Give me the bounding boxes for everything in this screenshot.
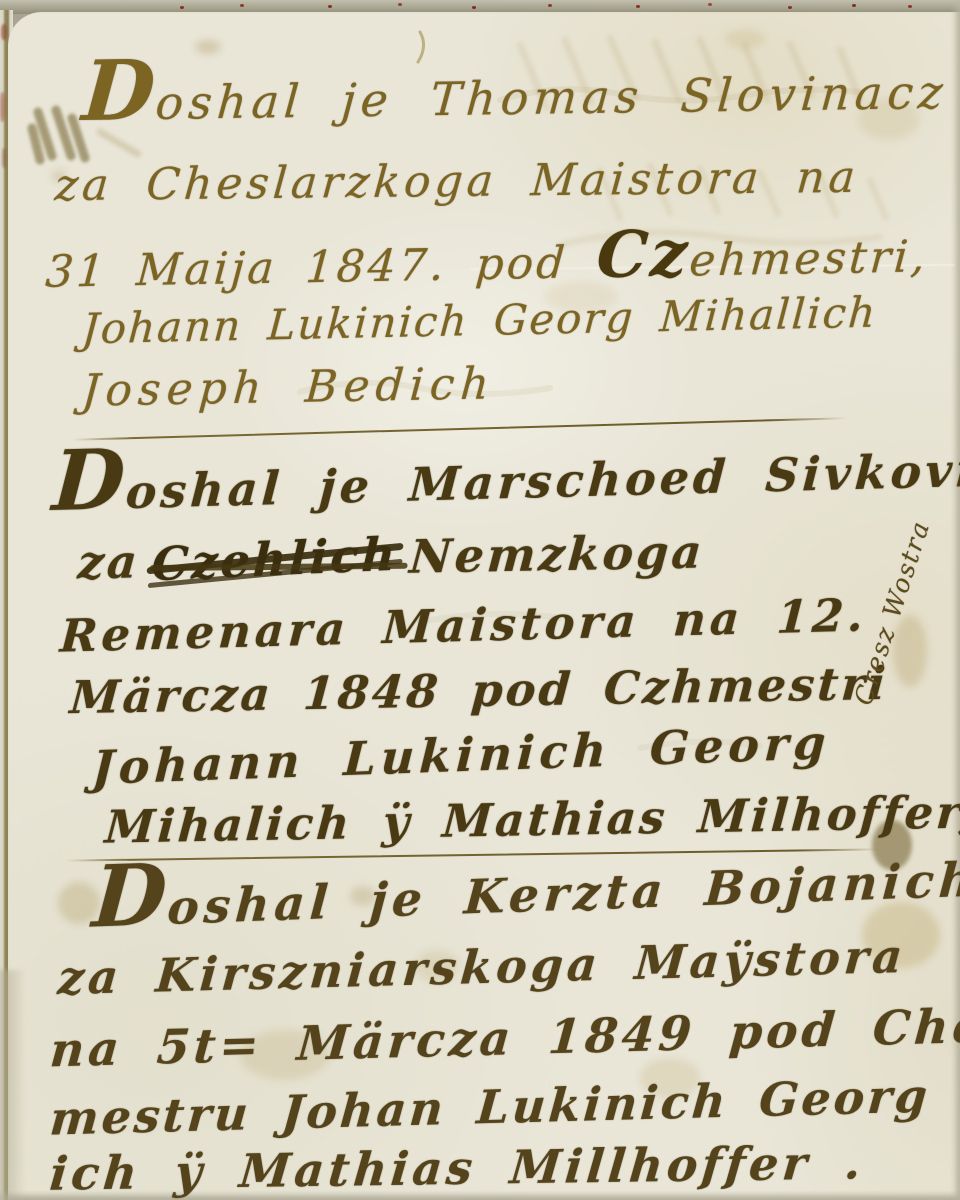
manuscript-line: Joseph Bedich [80,362,496,413]
manuscript-line: Märcza 1848 pod Czhmestri [68,661,889,720]
manuscript-line: Mihalich ÿ Mathias Milhoffer, [103,789,960,849]
crossed-out-word: Czehlich [151,531,399,588]
line-segment: za [76,534,142,589]
manuscript-line: zaCzehlichNemzkoga [76,529,706,586]
overwritten-cz: Cz [594,216,692,293]
manuscript-line: ich ÿ Mathias Millhoffer . [48,1139,867,1196]
manuscript-line: za Cheslarzkoga Maistora na [53,156,860,208]
manuscript-line: Doshal je Thomas Slovinacz [80,69,949,127]
line-segment: ehmestri, [688,231,930,286]
line-segment: Nemzkoga [408,524,706,583]
manuscript-photo: { "page": { "kind": "handwritten-guild-r… [0,0,960,1200]
line-segment: 31 Maija 1847. pod [44,237,598,298]
